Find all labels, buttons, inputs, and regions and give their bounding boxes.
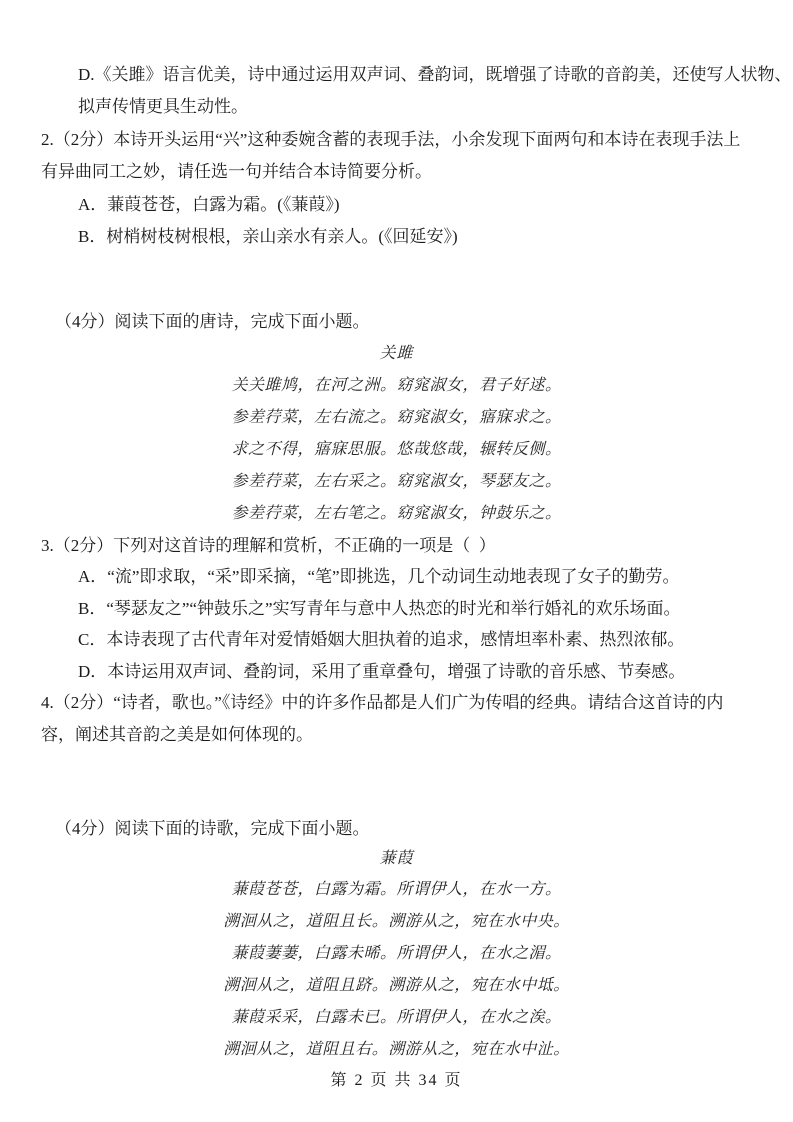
poem2-title: 蒹葭 xyxy=(0,849,793,869)
poem2-line: 溯洄从之，道阻且跻。溯游从之，宛在水中坻。 xyxy=(0,976,793,996)
poem1-title: 关雎 xyxy=(0,344,793,364)
q4-stem-line2: 容，阐述其音韵之美是如何体现的。 xyxy=(41,724,313,745)
poem1-line: 关关雎鸠，在河之洲。窈窕淑女，君子好逑。 xyxy=(0,376,793,396)
poem2-line: 蒹葭采采，白露未已。所谓伊人，在水之涘。 xyxy=(0,1008,793,1028)
reading1-intro: （4分）阅读下面的唐诗，完成下面小题。 xyxy=(55,311,370,332)
exam-document-page: D.《关雎》语言优美，诗中通过运用双声词、叠韵词，既增强了诗歌的音韵美，还使写人… xyxy=(0,0,793,1122)
poem2-line: 蒹葭苍苍，白露为霜。所谓伊人，在水一方。 xyxy=(0,880,793,900)
q1-option-d-line1: D.《关雎》语言优美，诗中通过运用双声词、叠韵词，既增强了诗歌的音韵美，还使写人… xyxy=(78,64,792,85)
poem1-line: 参差荇菜，左右流之。窈窕淑女，寤寐求之。 xyxy=(0,408,793,428)
q4-stem-line1: 4.（2分）“诗者，歌也。”《诗经》中的许多作品都是人们广为传唱的经典。请结合这… xyxy=(41,692,723,713)
poem2-line: 蒹葭萋萋，白露未晞。所谓伊人，在水之湄。 xyxy=(0,944,793,964)
page-number-footer: 第 2 页 共 34 页 xyxy=(0,1071,793,1091)
reading2-intro: （4分）阅读下面的诗歌，完成下面小题。 xyxy=(55,818,370,839)
q2-stem-line1: 2.（2分）本诗开头运用“兴”这种委婉含蓄的表现手法，小余发现下面两句和本诗在表… xyxy=(41,129,740,150)
poem1-line: 参差荇菜，左右采之。窈窕淑女，琴瑟友之。 xyxy=(0,472,793,492)
q3-option-a: A．“流”即求取，“采”即采摘，“笔”即挑选，几个动词生动地表现了女子的勤劳。 xyxy=(78,566,680,587)
q3-option-c: C．本诗表现了古代青年对爱情婚姻大胆执着的追求，感情坦率朴素、热烈浓郁。 xyxy=(78,629,684,650)
q3-option-d: D．本诗运用双声词、叠韵词，采用了重章叠句，增强了诗歌的音乐感、节奏感。 xyxy=(78,661,685,682)
q3-stem: 3.（2分）下列对这首诗的理解和赏析，不正确的一项是（ ） xyxy=(41,535,496,556)
q3-option-b: B．“琴瑟友之”“钟鼓乐之”实写青年与意中人热恋的时光和举行婚礼的欢乐场面。 xyxy=(78,598,681,619)
poem2-line: 溯洄从之，道阻且右。溯游从之，宛在水中沚。 xyxy=(0,1040,793,1060)
q2-option-b: B．树梢树枝树根根，亲山亲水有亲人。(《回延安》) xyxy=(78,226,458,247)
poem2-line: 溯洄从之，道阻且长。溯游从之，宛在水中央。 xyxy=(0,912,793,932)
poem1-line: 参差荇菜，左右笔之。窈窕淑女，钟鼓乐之。 xyxy=(0,504,793,524)
q1-option-d-line2: 拟声传情更具生动性。 xyxy=(78,96,248,117)
q2-option-a: A．蒹葭苍苍，白露为霜。(《蒹葭》) xyxy=(78,194,340,215)
q2-stem-line2: 有异曲同工之妙，请任选一句并结合本诗简要分析。 xyxy=(41,161,432,182)
poem1-line: 求之不得，寤寐思服。悠哉悠哉，辗转反侧。 xyxy=(0,440,793,460)
